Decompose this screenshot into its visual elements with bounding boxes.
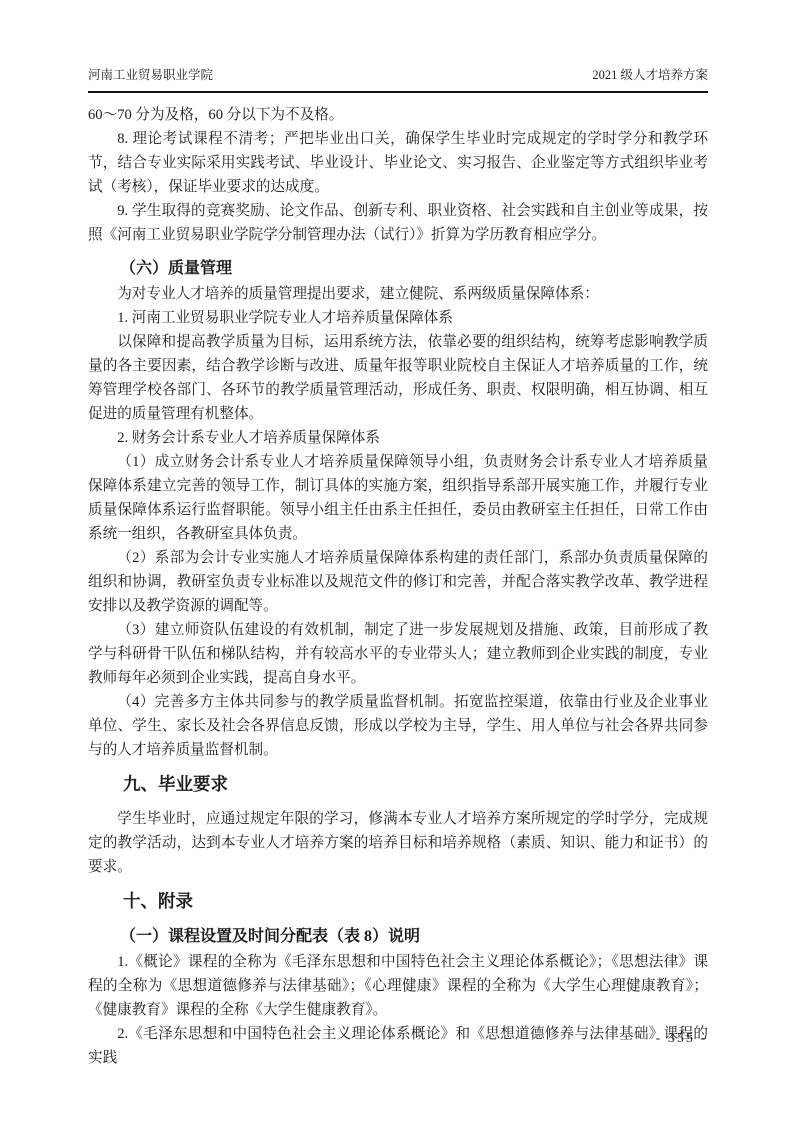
chapter-heading-appendix: 十、附录 bbox=[88, 887, 708, 915]
paragraph: 学生毕业时，应通过规定年限的学习，修满本专业人才培养方案所规定的学时学分，完成规… bbox=[88, 807, 708, 879]
document-page: 河南工业贸易职业学院 2021 级人才培养方案 60～70 分为及格，60 分以… bbox=[0, 0, 793, 1122]
header-document-title: 2021 级人才培养方案 bbox=[592, 66, 708, 84]
paragraph-note-1: 1.《概论》课程的全称为《毛泽东思想和中国特色社会主义理论体系概论》；《思想法律… bbox=[88, 950, 708, 1022]
paragraph-subitem-1: 1. 河南工业贸易职业学院专业人才培养质量保障体系 bbox=[88, 306, 708, 330]
section-heading-quality-management: （六）质量管理 bbox=[88, 256, 708, 282]
paragraph-point-2: （2）系部为会计专业实施人才培养质量保障体系构建的责任部门，系部办负责质量保障的… bbox=[88, 546, 708, 618]
header-school-name: 河南工业贸易职业学院 bbox=[88, 66, 213, 84]
paragraph-subitem-2: 2. 财务会计系专业人才培养质量保障体系 bbox=[88, 426, 708, 450]
paragraph-item-9: 9. 学生取得的竞赛奖励、论文作品、创新专利、职业资格、社会实践和自主创业等成果… bbox=[88, 199, 708, 247]
paragraph: 以保障和提高教学质量为目标，运用系统方法，依靠必要的组织结构，统筹考虑影响教学质… bbox=[88, 330, 708, 426]
chapter-heading-graduation-requirements: 九、毕业要求 bbox=[88, 770, 708, 798]
paragraph-continuation: 60～70 分为及格，60 分以下为不及格。 bbox=[88, 103, 708, 127]
paragraph-point-3: （3）建立师资队伍建设的有效机制，制定了进一步发展规划及措施、政策，目前形成了教… bbox=[88, 618, 708, 690]
paragraph: 为对专业人才培养的质量管理提出要求，建立健院、系两级质量保障体系： bbox=[88, 282, 708, 306]
page-number: - 355 - bbox=[656, 1031, 707, 1047]
paragraph-point-4: （4）完善多方主体共同参与的教学质量监督机制。拓宽监控渠道，依靠由行业及企业事业… bbox=[88, 690, 708, 762]
paragraph-point-1: （1）成立财务会计系专业人才培养质量保障领导小组，负责财务会计系专业人才培养质量… bbox=[88, 450, 708, 546]
paragraph-item-8: 8. 理论考试课程不清考；严把毕业出口关，确保学生毕业时完成规定的学时学分和教学… bbox=[88, 127, 708, 199]
section-heading-table8-notes: （一）课程设置及时间分配表（表 8）说明 bbox=[88, 924, 708, 950]
page-header: 河南工业贸易职业学院 2021 级人才培养方案 bbox=[88, 66, 708, 93]
paragraph-note-2: 2.《毛泽东思想和中国特色社会主义理论体系概论》和《思想道德修养与法律基础》课程… bbox=[88, 1022, 708, 1070]
document-body: 60～70 分为及格，60 分以下为不及格。 8. 理论考试课程不清考；严把毕业… bbox=[88, 93, 708, 1070]
